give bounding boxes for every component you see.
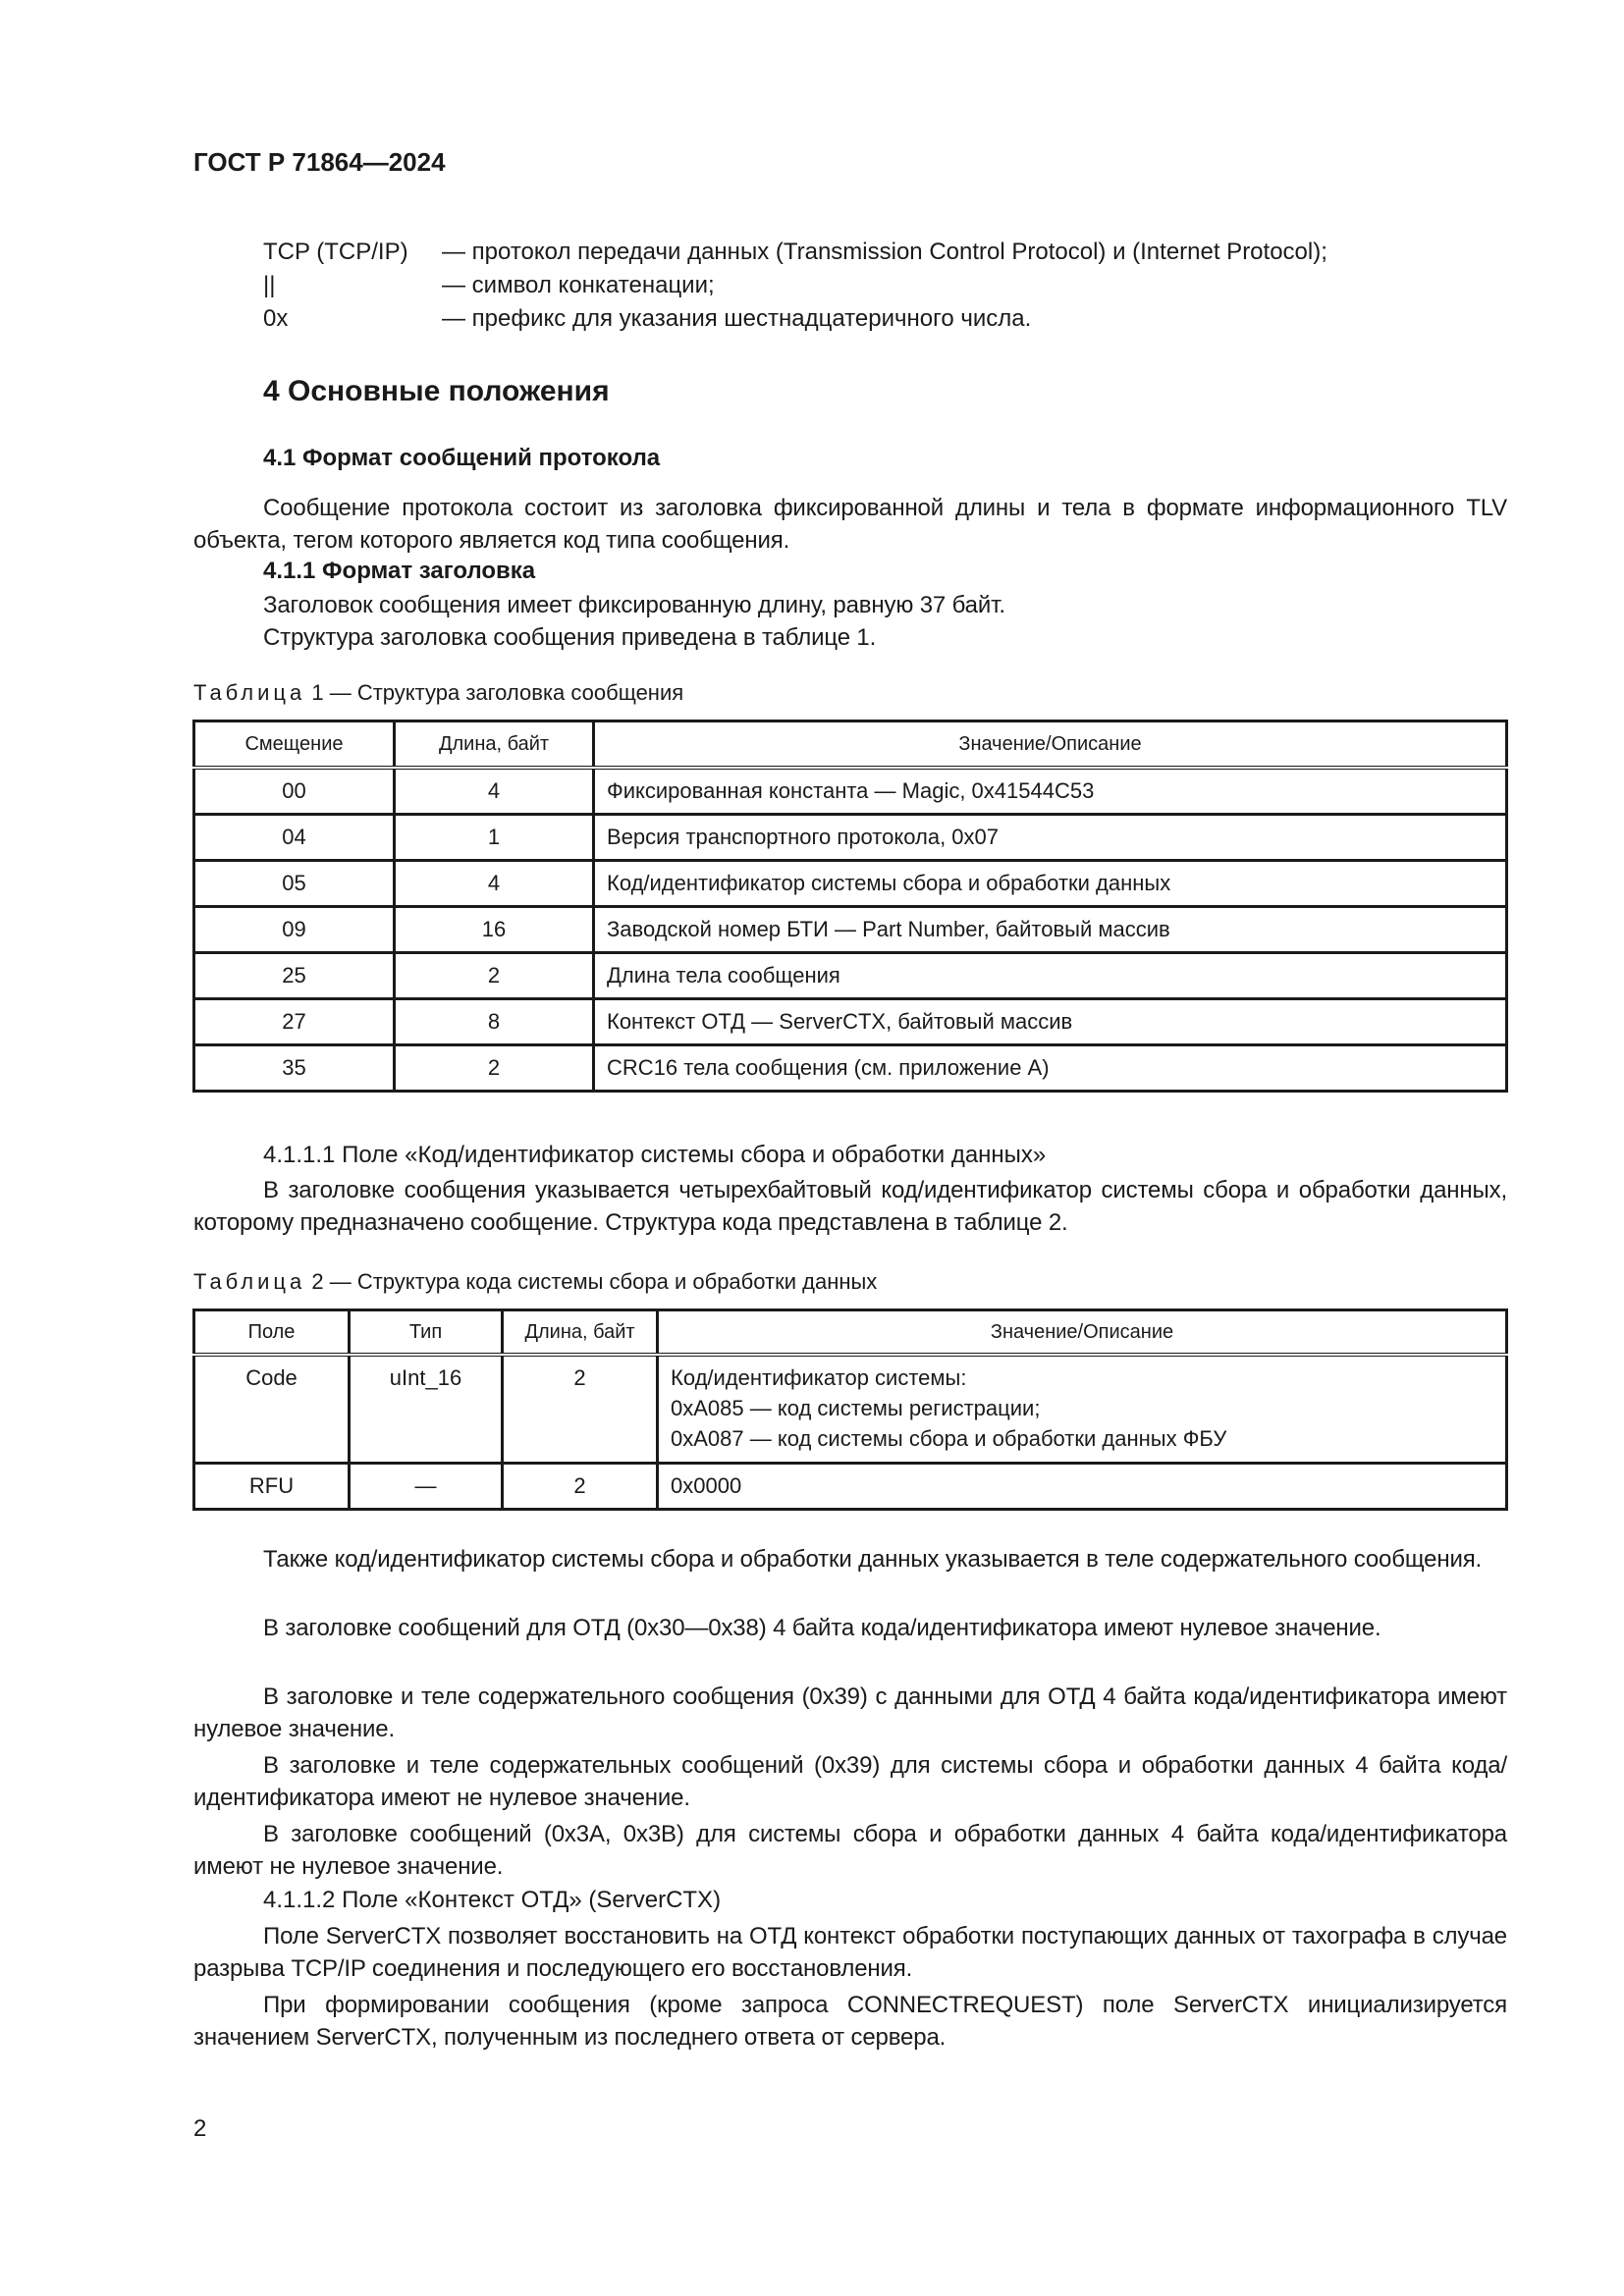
description-line: Код/идентификатор системы: <box>671 1362 1493 1393</box>
description-cell: Код/идентификатор системы сбора и обрабо… <box>594 861 1507 907</box>
description-cell: Версия транспортного протокола, 0x07 <box>594 815 1507 861</box>
column-header: Поле <box>194 1310 350 1356</box>
abbreviation-term: 0x <box>263 302 288 335</box>
paragraph-serverctx-purpose: Поле ServerCTX позволяет восстановить на… <box>193 1920 1507 1985</box>
abbreviation-item: || — символ конкатенации; <box>263 269 1540 301</box>
field-cell: RFU <box>194 1464 350 1510</box>
description-cell: Код/идентификатор системы:0xA085 — код с… <box>658 1355 1507 1464</box>
abbreviation-item: TCP (TCP/IP) — протокол передачи данных … <box>263 236 1540 268</box>
description-cell: Фиксированная константа — Magic, 0x41544… <box>594 768 1507 815</box>
length-cell: 1 <box>395 815 594 861</box>
column-header: Значение/Описание <box>658 1310 1507 1356</box>
abbreviation-term: || <box>263 269 275 301</box>
length-cell: 2 <box>395 1045 594 1092</box>
length-cell: 2 <box>503 1355 658 1464</box>
length-cell: 4 <box>395 861 594 907</box>
abbreviation-definition: — префикс для указания шестнадцатеричног… <box>442 302 1031 335</box>
table-1-caption-prefix: Таблица <box>193 680 305 705</box>
type-cell: uInt_16 <box>350 1355 503 1464</box>
table-row: 352CRC16 тела сообщения (см. приложение … <box>194 1045 1507 1092</box>
abbreviation-definition: — символ конкатенации; <box>442 269 715 301</box>
section-4-1-1-2-heading: 4.1.1.2 Поле «Контекст ОТД» (ServerCTX) <box>263 1887 721 1914</box>
description-line: 0xA085 — код системы регистрации; <box>671 1393 1493 1423</box>
section-4-1-1-paragraph-2: Структура заголовка сообщения приведена … <box>263 621 1507 654</box>
section-4-1-1-heading: 4.1.1 Формат заголовка <box>263 558 535 585</box>
description-cell: 0x0000 <box>658 1464 1507 1510</box>
column-header: Значение/Описание <box>594 721 1507 769</box>
table-2-caption: Таблица 2 — Структура кода системы сбора… <box>193 1269 877 1295</box>
paragraph-otd-header: В заголовке сообщений для ОТД (0x30—0x38… <box>193 1612 1507 1644</box>
table-row: 252Длина тела сообщения <box>194 953 1507 999</box>
column-header: Смещение <box>194 721 395 769</box>
length-cell: 4 <box>395 768 594 815</box>
table-row: 0916Заводской номер БТИ — Part Number, б… <box>194 907 1507 953</box>
table-row: 054Код/идентификатор системы сбора и обр… <box>194 861 1507 907</box>
length-cell: 16 <box>395 907 594 953</box>
paragraph-system-content: В заголовке и теле содержательных сообще… <box>193 1749 1507 1814</box>
section-4-heading: 4 Основные положения <box>263 375 610 408</box>
section-4-1-1-paragraph-1: Заголовок сообщения имеет фиксированную … <box>263 589 1507 621</box>
table-row: CodeuInt_162Код/идентификатор системы:0x… <box>194 1355 1507 1464</box>
table-1-caption: Таблица 1 — Структура заголовка сообщени… <box>193 680 683 706</box>
description-cell: Заводской номер БТИ — Part Number, байто… <box>594 907 1507 953</box>
section-4-1-1-1-heading: 4.1.1.1 Поле «Код/идентификатор системы … <box>263 1142 1046 1169</box>
length-cell: 2 <box>503 1464 658 1510</box>
abbreviation-term: TCP (TCP/IP) <box>263 236 408 268</box>
table-2-caption-text: 2 — Структура кода системы сбора и обраб… <box>305 1269 877 1294</box>
description-line: 0x0000 <box>671 1473 1493 1499</box>
offset-cell: 04 <box>194 815 395 861</box>
table-row: 041Версия транспортного протокола, 0x07 <box>194 815 1507 861</box>
offset-cell: 35 <box>194 1045 395 1092</box>
column-header: Длина, байт <box>503 1310 658 1356</box>
abbreviation-item: 0x — префикс для указания шестнадцатерич… <box>263 302 1540 335</box>
table-row: RFU—20x0000 <box>194 1464 1507 1510</box>
offset-cell: 25 <box>194 953 395 999</box>
section-4-1-1-1-paragraph: В заголовке сообщения указывается четыре… <box>193 1174 1507 1239</box>
offset-cell: 05 <box>194 861 395 907</box>
description-cell: Длина тела сообщения <box>594 953 1507 999</box>
document-header: ГОСТ Р 71864—2024 <box>193 147 446 178</box>
column-header: Тип <box>350 1310 503 1356</box>
paragraph-otd-content: В заголовке и теле содержательного сообщ… <box>193 1681 1507 1745</box>
page-number: 2 <box>193 2115 206 2143</box>
offset-cell: 09 <box>194 907 395 953</box>
section-4-1-paragraph: Сообщение протокола состоит из заголовка… <box>193 492 1507 557</box>
table-header-row: Поле Тип Длина, байт Значение/Описание <box>194 1310 1507 1356</box>
description-cell: Контекст ОТД — ServerCTX, байтовый масси… <box>594 999 1507 1045</box>
table-2: Поле Тип Длина, байт Значение/Описание C… <box>192 1308 1508 1511</box>
table-2-caption-prefix: Таблица <box>193 1269 305 1294</box>
paragraph-serverctx-init: При формировании сообщения (кроме запрос… <box>193 1989 1507 2054</box>
paragraph-code-in-body: Также код/идентификатор системы сбора и … <box>193 1543 1507 1575</box>
table-row: 278Контекст ОТД — ServerCTX, байтовый ма… <box>194 999 1507 1045</box>
abbreviation-definition: — протокол передачи данных (Transmission… <box>442 236 1327 268</box>
field-cell: Code <box>194 1355 350 1464</box>
column-header: Длина, байт <box>395 721 594 769</box>
description-line: 0xA087 — код системы сбора и обработки д… <box>671 1423 1493 1454</box>
section-4-1-heading: 4.1 Формат сообщений протокола <box>263 445 660 472</box>
offset-cell: 27 <box>194 999 395 1045</box>
length-cell: 2 <box>395 953 594 999</box>
offset-cell: 00 <box>194 768 395 815</box>
description-cell: CRC16 тела сообщения (см. приложение А) <box>594 1045 1507 1092</box>
length-cell: 8 <box>395 999 594 1045</box>
table-row: 004Фиксированная константа — Magic, 0x41… <box>194 768 1507 815</box>
paragraph-3a-3b: В заголовке сообщений (0x3A, 0x3B) для с… <box>193 1818 1507 1883</box>
type-cell: — <box>350 1464 503 1510</box>
table-header-row: Смещение Длина, байт Значение/Описание <box>194 721 1507 769</box>
table-1: Смещение Длина, байт Значение/Описание 0… <box>192 720 1508 1093</box>
table-1-caption-text: 1 — Структура заголовка сообщения <box>305 680 683 705</box>
